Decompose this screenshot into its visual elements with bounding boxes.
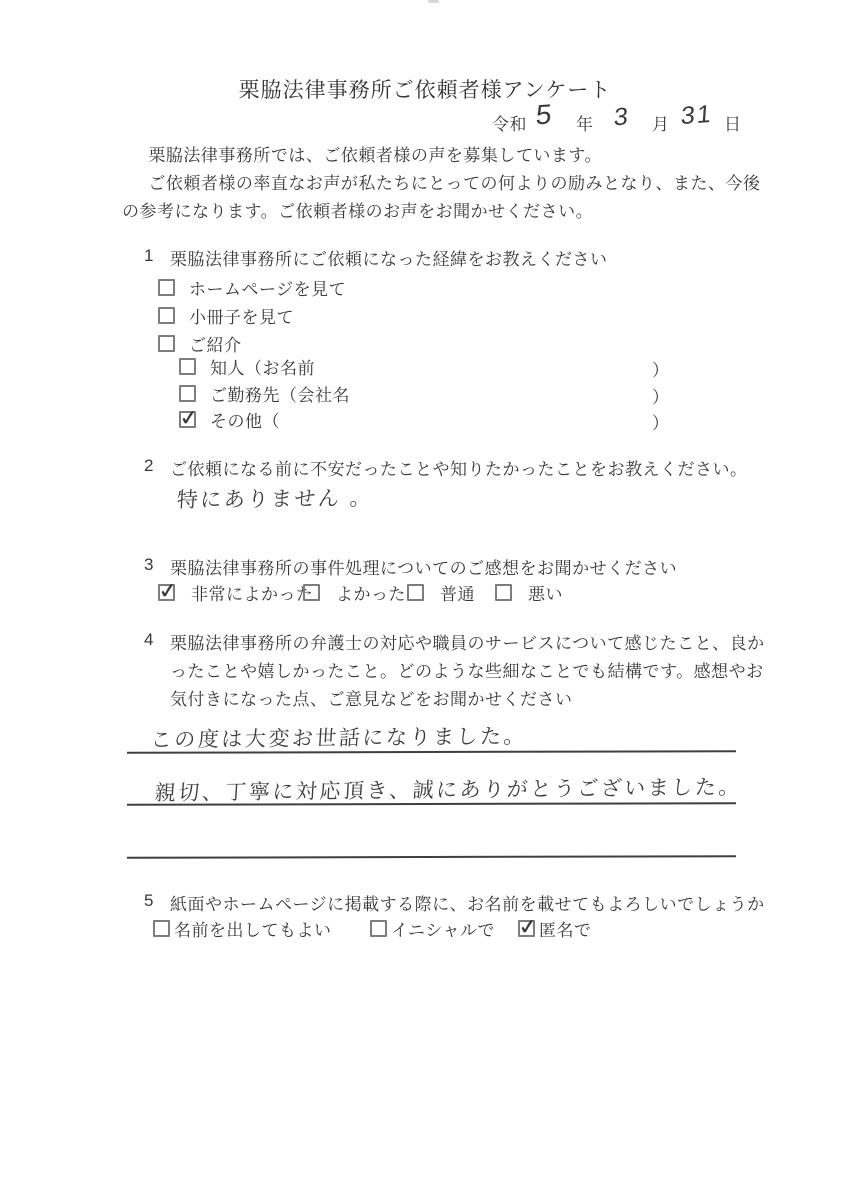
checkbox-other[interactable]: [179, 411, 196, 428]
answer-underline-2: [127, 802, 736, 806]
checkbox-good[interactable]: [303, 584, 320, 601]
option-row-homepage: ホームページを見て: [158, 277, 346, 297]
option-label-other: その他（: [210, 407, 280, 432]
question-2-answer-handwriting: 特にありません 。: [176, 482, 374, 514]
option-label-workplace: ご勤務先（会社名: [210, 381, 350, 406]
date-year-label: 年: [576, 110, 594, 135]
scanned-questionnaire-page: 栗脇法律事務所ご依頼者様アンケート 令和 5 年 3 月 31 日 栗脇法律事務…: [0, 0, 850, 1202]
question-5-number: 5: [144, 891, 154, 911]
option-group-bad: 悪い: [495, 582, 563, 602]
option-row-acquaintance: 知人（お名前 ）: [179, 356, 679, 376]
option-group-normal: 普通: [407, 582, 475, 602]
checkbox-referral[interactable]: [158, 335, 175, 352]
option-group-very-good: 非常によかった: [158, 582, 314, 602]
option-label-very-good: 非常によかった: [191, 580, 314, 605]
option-label-acquaintance: 知人（お名前: [210, 354, 315, 379]
date-month-value: 3: [613, 103, 629, 133]
option-label-homepage: ホームページを見て: [189, 275, 346, 300]
date-month-label: 月: [652, 110, 670, 135]
option-label-good: よかった: [336, 580, 406, 605]
question-1-text: 栗脇法律事務所にご依頼になった経緯をお教えください: [170, 246, 608, 274]
question-4-answer-line-1-handwriting: この度は大変お世話になりました。: [150, 720, 528, 754]
question-1-header: 1 栗脇法律事務所にご依頼になった経緯をお教えください: [144, 246, 608, 274]
option-label-anonymous: 匿名で: [539, 916, 592, 941]
checkbox-real-name[interactable]: [153, 920, 170, 937]
question-2-text: ご依頼になる前に不安だったことや知りたかったことをお教えください。: [170, 456, 748, 484]
checkbox-anonymous[interactable]: [518, 920, 535, 937]
date-era-label: 令和: [492, 110, 527, 135]
option-label-real-name: 名前を出してもよい: [174, 916, 332, 941]
option-row-referral: ご紹介: [158, 333, 242, 353]
checkbox-homepage[interactable]: [158, 279, 175, 296]
option-group-good: よかった: [303, 582, 406, 602]
answer-underline-1: [127, 750, 736, 754]
close-paren: ）: [652, 356, 669, 381]
page-title: 栗脇法律事務所ご依頼者様アンケート: [0, 74, 850, 104]
option-group-real-name: 名前を出してもよい: [153, 918, 332, 938]
checkbox-workplace[interactable]: [179, 385, 196, 402]
question-4-header: 4 栗脇法律事務所の弁護士の対応や職員のサービスについて感じたこと、良かったこと…: [144, 630, 766, 714]
question-2-header: 2 ご依頼になる前に不安だったことや知りたかったことをお教えください。: [144, 456, 748, 484]
checkbox-booklet[interactable]: [158, 307, 175, 324]
option-row-booklet: 小冊子を見て: [158, 305, 294, 325]
option-label-bad: 悪い: [528, 580, 563, 605]
scan-artifact: [428, 0, 439, 3]
intro-section: 栗脇法律事務所では、ご依頼者様の声を募集しています。 ご依頼者様の率直なお声が私…: [122, 142, 766, 226]
checkbox-normal[interactable]: [407, 584, 424, 601]
date-year-value: 5: [535, 98, 553, 131]
checkbox-acquaintance[interactable]: [179, 358, 196, 375]
date-day-label: 日: [724, 110, 742, 135]
option-label-normal: 普通: [440, 580, 475, 605]
checkbox-bad[interactable]: [495, 584, 512, 601]
close-paren: ）: [652, 383, 669, 408]
option-label-booklet: 小冊子を見て: [189, 303, 294, 328]
option-row-other: その他（ ）: [179, 409, 679, 429]
question-1-number: 1: [144, 246, 154, 266]
option-group-anonymous: 匿名で: [518, 918, 592, 938]
date-day-value: 31: [680, 100, 714, 131]
option-label-referral: ご紹介: [189, 331, 242, 356]
option-label-initials: イニシャルで: [391, 916, 495, 941]
checkbox-initials[interactable]: [370, 920, 387, 937]
question-3-number: 3: [144, 555, 154, 575]
intro-paragraph-2: ご依頼者様の率直なお声が私たちにとっての何よりの励みとなり、また、今後の参考にな…: [122, 170, 766, 226]
intro-paragraph-1: 栗脇法律事務所では、ご依頼者様の声を募集しています。: [122, 142, 766, 170]
close-paren: ）: [652, 409, 669, 434]
option-group-initials: イニシャルで: [370, 918, 495, 938]
question-4-number: 4: [144, 630, 154, 650]
option-row-workplace: ご勤務先（会社名 ）: [179, 383, 679, 403]
answer-underline-3: [127, 855, 736, 859]
question-4-text: 栗脇法律事務所の弁護士の対応や職員のサービスについて感じたこと、良かったことや嬉…: [170, 630, 766, 714]
checkbox-very-good[interactable]: [158, 584, 175, 601]
question-2-number: 2: [144, 456, 154, 476]
